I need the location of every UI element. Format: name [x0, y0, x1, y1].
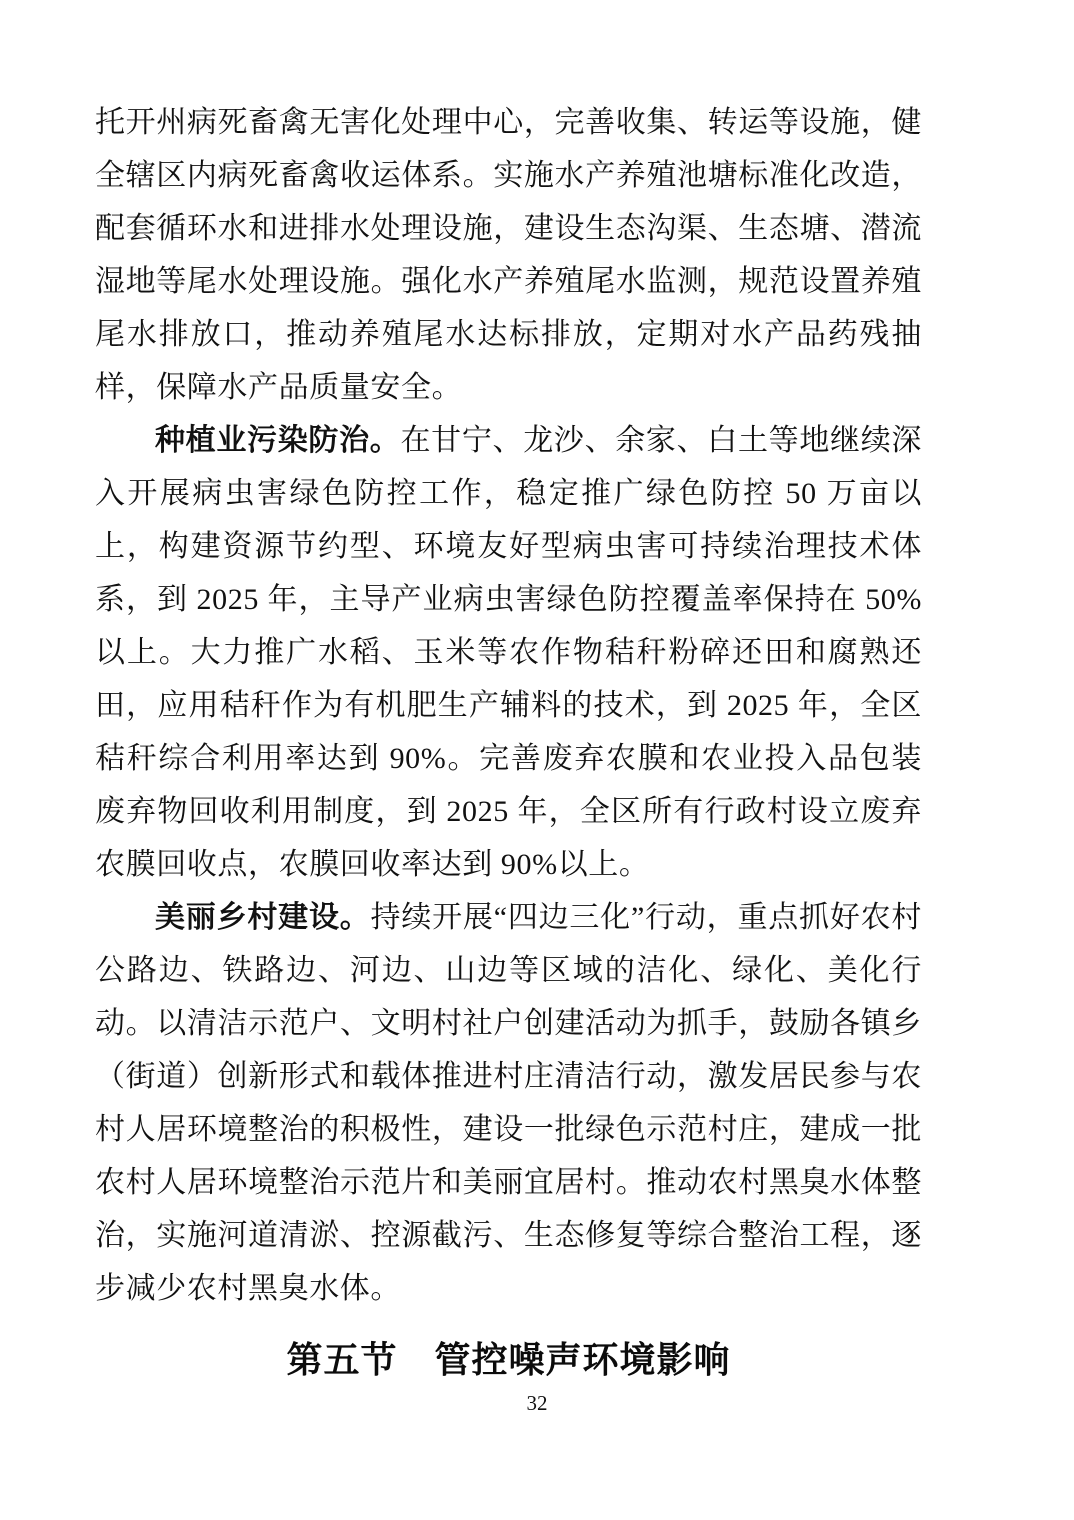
paragraph: 美丽乡村建设。持续开展“四边三化”行动，重点抓好农村公路边、铁路边、河边、山边等…	[95, 891, 922, 1315]
paragraph: 托开州病死畜禽无害化处理中心，完善收集、转运等设施，健全辖区内病死畜禽收运体系。…	[95, 96, 922, 414]
document-page: 托开州病死畜禽无害化处理中心，完善收集、转运等设施，健全辖区内病死畜禽收运体系。…	[0, 0, 1074, 1520]
paragraph-lead: 种植业污染防治。	[155, 424, 400, 457]
paragraph-lead: 美丽乡村建设。	[155, 901, 371, 934]
page-number: 32	[0, 1390, 1074, 1416]
page-body: 托开州病死畜禽无害化处理中心，完善收集、转运等设施，健全辖区内病死畜禽收运体系。…	[95, 96, 922, 1383]
paragraph-text: 在甘宁、龙沙、余家、白土等地继续深入开展病虫害绿色防控工作，稳定推广绿色防控 5…	[95, 424, 922, 881]
paragraph: 种植业污染防治。在甘宁、龙沙、余家、白土等地继续深入开展病虫害绿色防控工作，稳定…	[95, 414, 922, 891]
paragraph-text: 持续开展“四边三化”行动，重点抓好农村公路边、铁路边、河边、山边等区域的洁化、绿…	[95, 901, 922, 1305]
paragraph-text: 托开州病死畜禽无害化处理中心，完善收集、转运等设施，健全辖区内病死畜禽收运体系。…	[95, 106, 922, 404]
section-heading: 第五节 管控噪声环境影响	[95, 1337, 922, 1383]
